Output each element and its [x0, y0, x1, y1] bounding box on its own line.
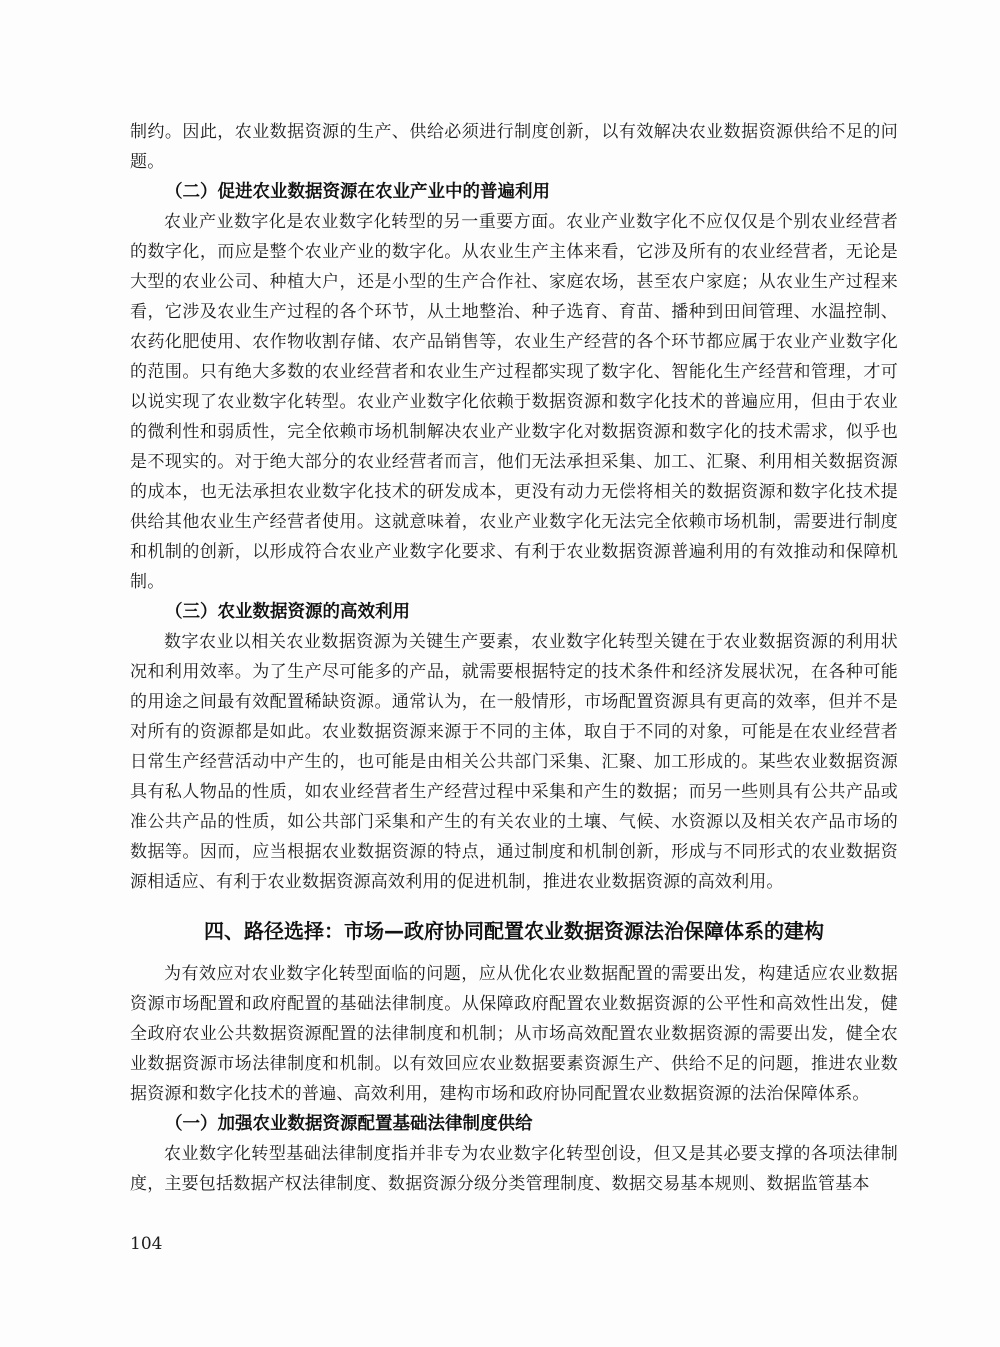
page-content: 制约。因此，农业数据资源的生产、供给必须进行制度创新，以有效解决农业数据资源供给…	[130, 117, 898, 1199]
section-heading-3: （三）农业数据资源的高效利用	[130, 597, 898, 627]
section-heading-2: （二）促进农业数据资源在农业产业中的普遍利用	[130, 177, 898, 207]
chapter-4-paragraph: 为有效应对农业数字化转型面临的问题，应从优化农业数据配置的需要出发，构建适应农业…	[130, 959, 898, 1109]
continuation-paragraph: 制约。因此，农业数据资源的生产、供给必须进行制度创新，以有效解决农业数据资源供给…	[130, 117, 898, 177]
chapter-heading-4: 四、路径选择：市场—政府协同配置农业数据资源法治保障体系的建构	[130, 913, 898, 949]
page-number: 104	[130, 1230, 162, 1258]
section-1-paragraph: 农业数字化转型基础法律制度指并非专为农业数字化转型创设，但又是其必要支撑的各项法…	[130, 1139, 898, 1199]
section-3-paragraph: 数字农业以相关农业数据资源为关键生产要素，农业数字化转型关键在于农业数据资源的利…	[130, 627, 898, 897]
section-2-paragraph: 农业产业数字化是农业数字化转型的另一重要方面。农业产业数字化不应仅仅是个别农业经…	[130, 207, 898, 597]
document-page: 制约。因此，农业数据资源的生产、供给必须进行制度创新，以有效解决农业数据资源供给…	[0, 0, 1000, 1347]
section-heading-1: （一）加强农业数据资源配置基础法律制度供给	[130, 1109, 898, 1139]
